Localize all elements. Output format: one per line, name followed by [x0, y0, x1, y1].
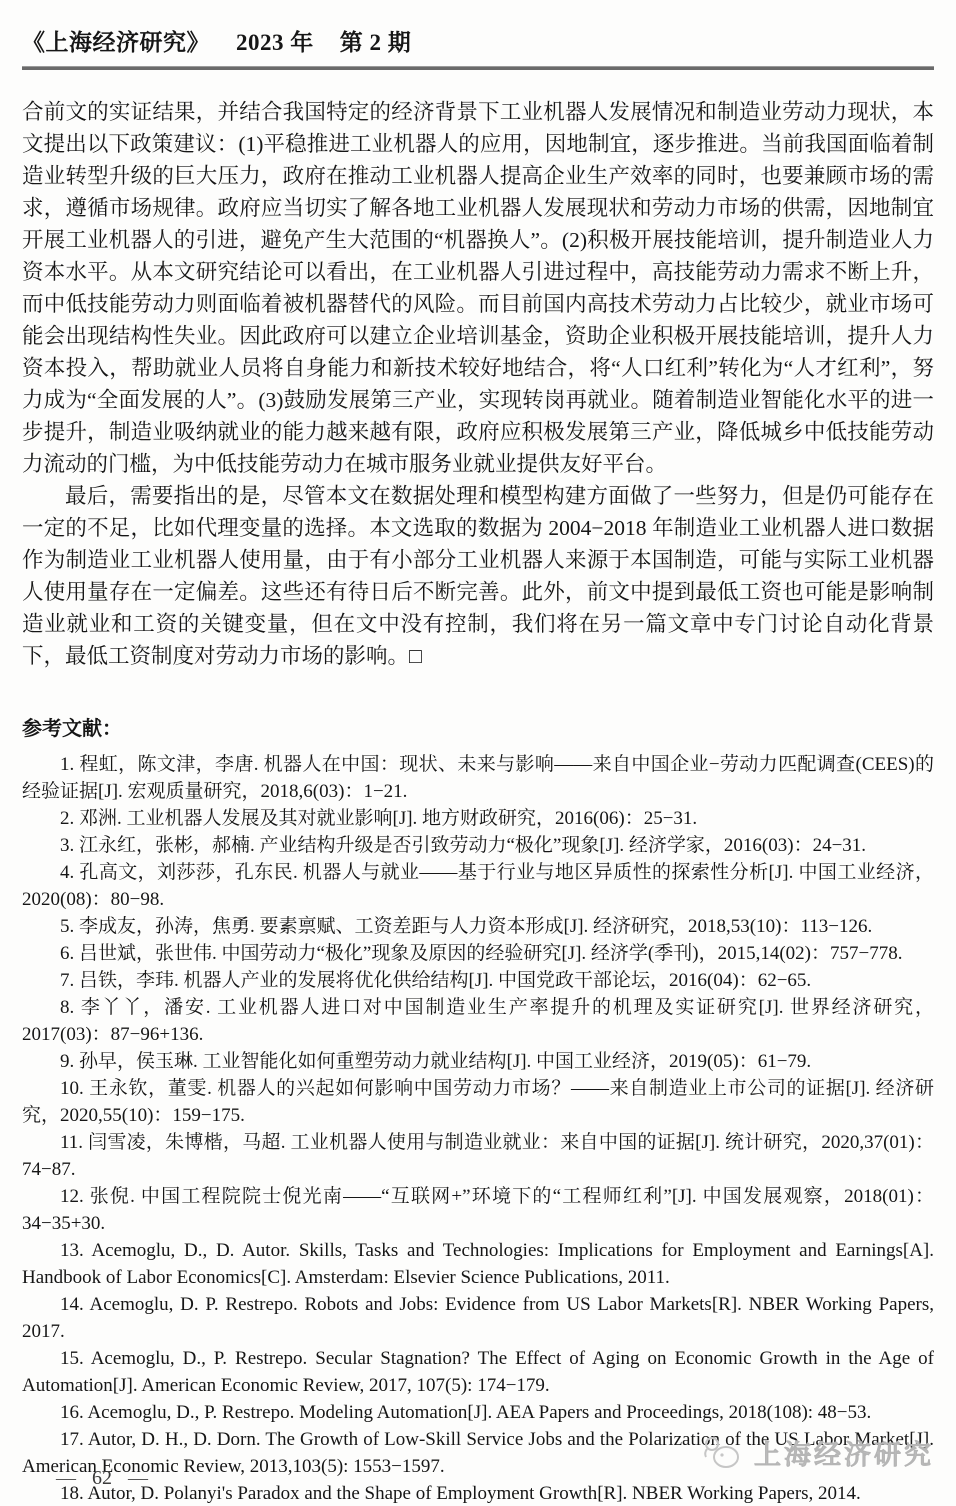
- journal-title: 《上海经济研究》: [22, 30, 210, 55]
- watermark: 上海经济研究: [702, 1433, 934, 1472]
- reference-item-16: 16. Acemoglu, D., P. Restrepo. Modeling …: [22, 1399, 934, 1426]
- page-number-value: 62: [92, 1467, 112, 1489]
- watermark-logo-icon: [702, 1435, 746, 1471]
- journal-page: 《上海经济研究》2023 年第 2 期 合前文的实证结果，并结合我国特定的经济背…: [0, 0, 956, 1506]
- reference-item-10: 10. 王永钦，董雯. 机器人的兴起如何影响中国劳动力市场？——来自制造业上市公…: [22, 1075, 934, 1129]
- references-section: 参考文献： 1. 程虹，陈文津，李唐. 机器人在中国：现状、未来与影响——来自中…: [22, 712, 934, 1506]
- reference-item-6: 6. 吕世斌，张世伟. 中国劳动力“极化”现象及原因的经验研究[J]. 经济学(…: [22, 940, 934, 967]
- watermark-text: 上海经济研究: [754, 1433, 934, 1472]
- reference-item-7: 7. 吕铁，李玮. 机器人产业的发展将优化供给结构[J]. 中国党政干部论坛，2…: [22, 967, 934, 994]
- reference-item-14: 14. Acemoglu, D. P. Restrepo. Robots and…: [22, 1291, 934, 1345]
- reference-item-11: 11. 闫雪凌，朱博楷，马超. 工业机器人使用与制造业就业：来自中国的证据[J]…: [22, 1129, 934, 1183]
- reference-item-5: 5. 李成友，孙涛，焦勇. 要素禀赋、工资差距与人力资本形成[J]. 经济研究，…: [22, 913, 934, 940]
- reference-item-1: 1. 程虹，陈文津，李唐. 机器人在中国：现状、未来与影响——来自中国企业−劳动…: [22, 751, 934, 805]
- body-paragraph-1: 合前文的实证结果，并结合我国特定的经济背景下工业机器人发展情况和制造业劳动力现状…: [22, 96, 934, 480]
- reference-item-3: 3. 江永红，张彬，郝楠. 产业结构升级是否引致劳动力“极化”现象[J]. 经济…: [22, 832, 934, 859]
- reference-item-15: 15. Acemoglu, D., P. Restrepo. Secular S…: [22, 1345, 934, 1399]
- journal-header: 《上海经济研究》2023 年第 2 期: [22, 24, 934, 57]
- journal-issue: 第 2 期: [340, 30, 412, 55]
- journal-year: 2023 年: [236, 30, 314, 55]
- body-paragraph-2: 最后，需要指出的是，尽管本文在数据处理和模型构建方面做了一些努力，但是仍可能存在…: [22, 480, 934, 672]
- page-number: —62—: [22, 1467, 164, 1490]
- page-footer: —62— 上海经济研究: [22, 1433, 934, 1490]
- reference-item-4: 4. 孔高文，刘莎莎，孔东民. 机器人与就业——基于行业与地区异质性的探索性分析…: [22, 859, 934, 913]
- page-number-left-dash: —: [56, 1467, 76, 1489]
- references-title: 参考文献：: [22, 712, 934, 741]
- reference-item-2: 2. 邓洲. 工业机器人发展及其对就业影响[J]. 地方财政研究，2016(06…: [22, 805, 934, 832]
- reference-item-8: 8. 李丫丫，潘安. 工业机器人进口对中国制造业生产率提升的机理及实证研究[J]…: [22, 994, 934, 1048]
- article-body: 合前文的实证结果，并结合我国特定的经济背景下工业机器人发展情况和制造业劳动力现状…: [22, 96, 934, 672]
- page-number-right-dash: —: [128, 1467, 148, 1489]
- header-divider: [22, 66, 934, 70]
- reference-item-12: 12. 张倪. 中国工程院院士倪光南——“互联网+”环境下的“工程师红利”[J]…: [22, 1183, 934, 1237]
- reference-item-9: 9. 孙早，侯玉琳. 工业智能化如何重塑劳动力就业结构[J]. 中国工业经济，2…: [22, 1048, 934, 1075]
- reference-item-13: 13. Acemoglu, D., D. Autor. Skills, Task…: [22, 1237, 934, 1291]
